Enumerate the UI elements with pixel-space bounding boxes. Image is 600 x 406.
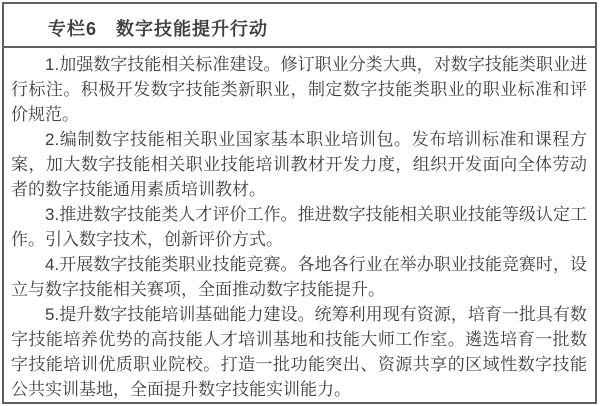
- paragraph-2: 2.编制数字技能相关职业国家基本职业培训包。发布培训标准和课程方案，加大数字技能…: [11, 127, 587, 202]
- panel-title-row: 专栏6 数字技能提升行动: [4, 4, 595, 48]
- column-panel: 专栏6 数字技能提升行动 1.加强数字技能相关标准建设。修订职业分类大典，对数字…: [2, 2, 597, 404]
- paragraph-5: 5.提升数字技能培训基础能力建设。统筹利用现有资源，培育一批具有数字技能培养优势…: [11, 302, 587, 402]
- paragraph-1: 1.加强数字技能相关标准建设。修订职业分类大典，对数字技能类职业进行标注。积极开…: [11, 52, 587, 127]
- document-page: 专栏6 数字技能提升行动 1.加强数字技能相关标准建设。修订职业分类大典，对数字…: [0, 0, 600, 406]
- paragraph-4: 4.开展数字技能类职业技能竞赛。各地各行业在举办职业技能竞赛时，设立与数字技能相…: [11, 252, 587, 302]
- paragraph-3: 3.推进数字技能类人才评价工作。推进数字技能相关职业技能等级认定工作。引入数字技…: [11, 202, 587, 252]
- panel-title: 专栏6 数字技能提升行动: [48, 19, 268, 39]
- panel-body: 1.加强数字技能相关标准建设。修订职业分类大典，对数字技能类职业进行标注。积极开…: [4, 48, 595, 402]
